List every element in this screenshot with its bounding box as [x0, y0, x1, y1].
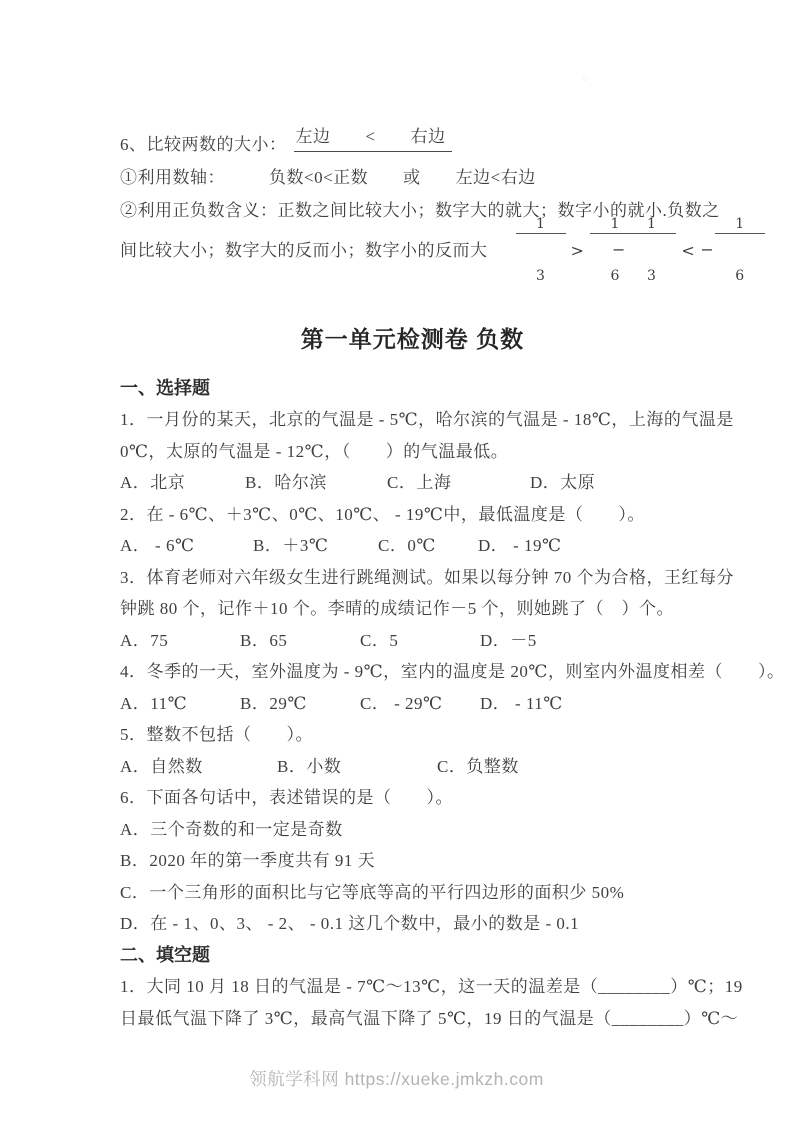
fraction-neg-one-sixth: 1 6: [715, 184, 765, 316]
question-1-line-2: 0℃，太原的气温是 - 12℃，（ ）的气温最低。: [120, 436, 705, 468]
comparison-rule-underlined-text: 左边 < 右边: [294, 124, 452, 152]
question-5-line-1: 5．整数不包括（ ）。: [120, 719, 705, 751]
question-4-option-d: D． - 11℃: [480, 688, 705, 720]
question-1-option-d: D．太原: [530, 467, 705, 499]
notes-method2-line-2-row: 间比较大小；数字大的反而小；数字小的反而大 1 3 > 1 6 − 1 3: [120, 227, 705, 273]
fraction-numerator: 1: [627, 216, 677, 234]
negative-sign: −: [612, 242, 626, 258]
question-6-option-d: D．在 - 1、0、3、 - 2、 - 0.1 这几个数中，最小的数是 - 0.…: [120, 908, 705, 940]
question-3-options: A．75 B．65 C．5 D．－5: [120, 625, 705, 657]
question-2-line-1: 2．在 - 6℃、＋3℃、0℃、10℃、 - 19℃中，最低温度是（ ）。: [120, 499, 705, 531]
question-1-options: A．北京 B．哈尔滨 C．上海 D．太原: [120, 467, 705, 499]
fraction-numerator: 1: [715, 216, 765, 234]
question-5-option-c: C．负整数: [437, 751, 705, 783]
negative-sign: −: [700, 242, 714, 258]
greater-than-operator: >: [571, 234, 585, 267]
question-2-option-c: C．0℃: [378, 530, 478, 562]
question-2-option-d: D． - 19℃: [478, 530, 705, 562]
notes-method2-line-2: 间比较大小；数字大的反而小；数字小的反而大: [120, 234, 488, 267]
question-6-line-1: 6．下面各句话中，表述错误的是（ ）。: [120, 782, 705, 814]
fill-question-1-line-1: 1．大同 10 月 18 日的气温是 - 7℃～13℃，这一天的温差是（____…: [120, 971, 705, 1003]
fraction-neg-one-third: 1 3: [627, 184, 677, 316]
question-6-option-b: B．2020 年的第一季度共有 91 天: [120, 845, 705, 877]
question-2-option-a: A． - 6℃: [120, 530, 253, 562]
fraction-denominator: 6: [715, 267, 765, 284]
question-3-option-b: B．65: [240, 625, 360, 657]
question-3-line-2: 钟跳 80 个，记作＋10 个。李晴的成绩记作－5 个，则她跳了（ ）个。: [120, 593, 705, 625]
question-4-line-1: 4．冬季的一天，室外温度为 - 9℃，室内的温度是 20℃，则室内外温度相差（ …: [120, 656, 705, 688]
fraction-denominator: 3: [627, 267, 677, 284]
question-5-option-b: B．小数: [277, 751, 437, 783]
question-1-option-a: A．北京: [120, 467, 245, 499]
question-1-option-b: B．哈尔滨: [245, 467, 387, 499]
question-4-options: A．11℃ B．29℃ C． - 29℃ D． - 11℃: [120, 688, 705, 720]
page-title: 第一单元检测卷 负数: [120, 321, 705, 357]
question-3-option-d: D．－5: [480, 625, 705, 657]
fill-question-1-line-2: 日最低气温下降了 3℃，最高气温下降了 5℃，19 日的气温是（________…: [120, 1003, 705, 1035]
footer-watermark: 领航学科网 https://xueke.jmkzh.com: [0, 1066, 793, 1091]
fraction-numerator: 1: [516, 216, 566, 234]
fraction-one-third: 1 3: [516, 184, 566, 316]
question-5-options: A．自然数 B．小数 C．负整数: [120, 751, 705, 783]
question-3-line-1: 3．体育老师对六年级女生进行跳绳测试。如果以每分钟 70 个为合格，王红每分: [120, 562, 705, 594]
question-3-option-c: C．5: [360, 625, 480, 657]
section-heading-choice: 一、选择题: [120, 373, 705, 405]
page-content: 左边 < 右边 6、比较两数的大小： ①利用数轴： 负数<0<正数 或 左边<右…: [0, 0, 793, 1034]
question-1-line-1: 1．一月份的某天，北京的气温是 - 5℃，哈尔滨的气温是 - 18℃，上海的气温…: [120, 404, 705, 436]
less-than-operator: <: [681, 234, 695, 267]
question-6-option-c: C．一个三角形的面积比与它等底等高的平行四边形的面积少 50%: [120, 877, 705, 909]
fraction-comparison-2: − 1 3 < − 1 6: [612, 184, 765, 316]
section-heading-fill: 二、填空题: [120, 940, 705, 972]
question-1-option-c: C．上海: [387, 467, 530, 499]
question-5-option-a: A．自然数: [120, 751, 277, 783]
question-4-option-a: A．11℃: [120, 688, 240, 720]
question-2-option-b: B．＋3℃: [253, 530, 378, 562]
scan-artifact-mark: ⁘: [581, 74, 589, 85]
question-6-option-a: A．三个奇数的和一定是奇数: [120, 814, 705, 846]
notes-comparison-row: 左边 < 右边: [120, 98, 705, 128]
question-4-option-c: C． - 29℃: [360, 688, 480, 720]
question-2-options: A． - 6℃ B．＋3℃ C．0℃ D． - 19℃: [120, 530, 705, 562]
question-4-option-b: B．29℃: [240, 688, 360, 720]
worksheet-page: ⁘ 左边 < 右边 6、比较两数的大小： ①利用数轴： 负数<0<正数 或 左边…: [0, 0, 793, 1122]
question-3-option-a: A．75: [120, 625, 240, 657]
fraction-denominator: 3: [516, 267, 566, 284]
